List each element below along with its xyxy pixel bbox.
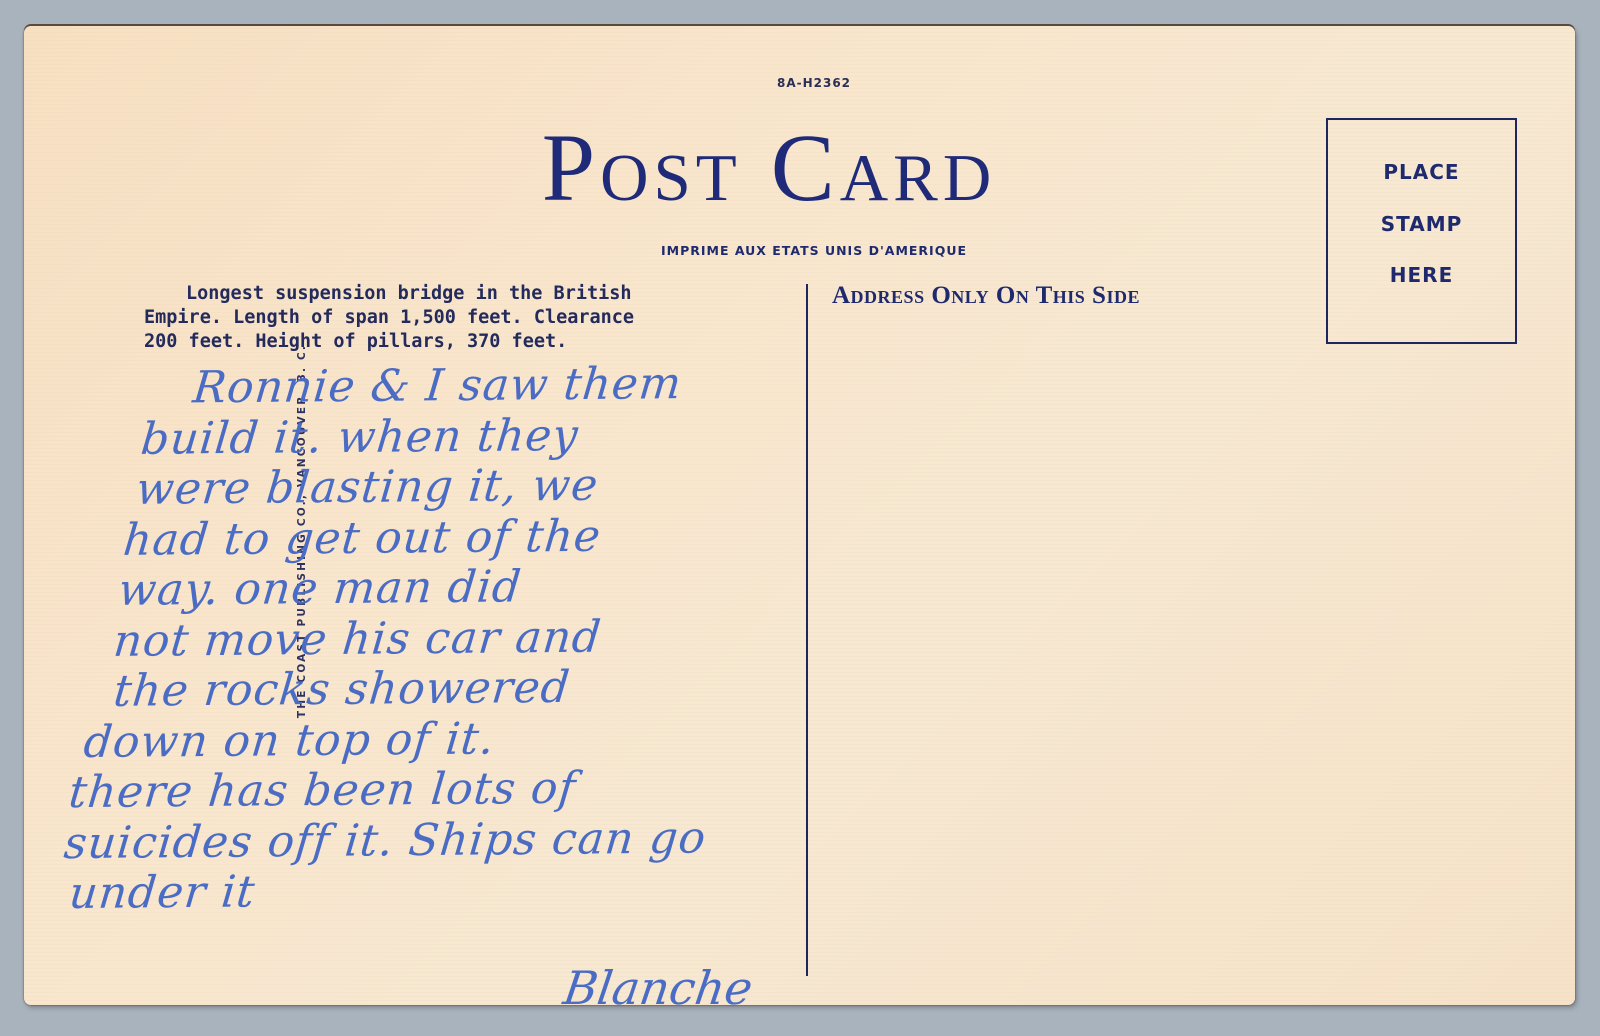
stamp-box-line: HERE xyxy=(1328,263,1515,287)
message-line: suicides off it. Ships can go xyxy=(62,812,787,869)
address-only-label: Address Only On This Side xyxy=(832,282,1140,310)
caption-line: Longest suspension bridge in the British xyxy=(144,282,769,306)
postcard-back: 8A-H2362 Post Card IMPRIME AUX ETATS UNI… xyxy=(24,26,1575,1005)
message-line: not move his car and xyxy=(81,610,806,667)
bridge-caption: Longest suspension bridge in the British… xyxy=(144,282,769,354)
caption-line: 200 feet. Height of pillars, 370 feet. xyxy=(144,330,769,354)
stamp-box: PLACE STAMP HERE xyxy=(1326,118,1517,344)
message-line: had to get out of the xyxy=(91,509,816,566)
message-line: were blasting it, we xyxy=(96,459,821,516)
post-card-title: Post Card xyxy=(409,118,1129,218)
handwritten-message: Ronnie & I saw them build it. when they … xyxy=(57,358,831,920)
message-line: there has been lots of xyxy=(67,762,792,819)
stamp-box-line: PLACE xyxy=(1328,160,1515,184)
caption-line: Empire. Length of span 1,500 feet. Clear… xyxy=(144,306,769,330)
printed-in-usa-notice: IMPRIME AUX ETATS UNIS D'AMERIQUE xyxy=(564,243,1064,258)
signature: Blanche xyxy=(560,961,756,1015)
message-line: way. one man did xyxy=(86,560,811,617)
message-line: under it xyxy=(57,863,782,920)
message-line: Ronnie & I saw them xyxy=(106,358,831,415)
message-line: build it. when they xyxy=(101,408,826,465)
message-line: the rocks showered xyxy=(76,661,801,718)
stamp-box-line: STAMP xyxy=(1328,212,1515,236)
card-code: 8A-H2362 xyxy=(714,76,914,90)
message-line: down on top of it. xyxy=(72,711,797,768)
